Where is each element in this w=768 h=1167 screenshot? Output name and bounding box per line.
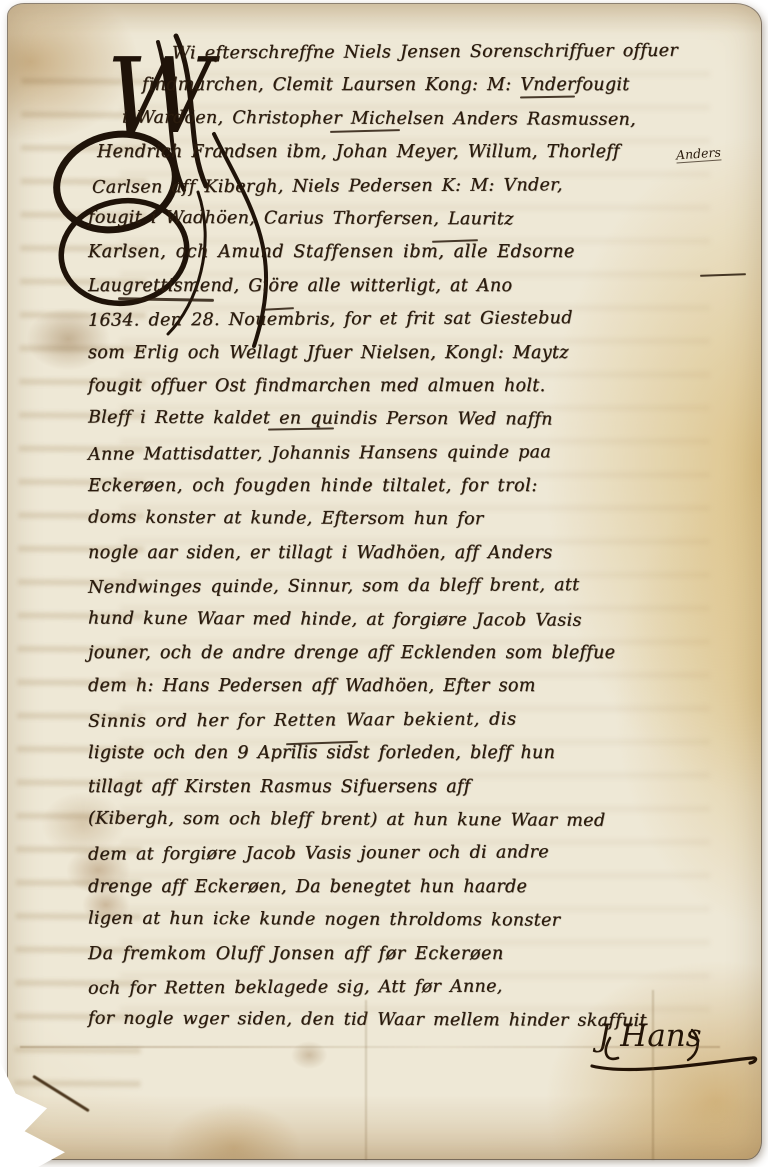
manuscript-line: jouner, och de andre drenge aff Ecklende…: [88, 637, 748, 670]
manuscript-line: Hendrich Frandsen ibm, Johan Meyer, Will…: [97, 136, 748, 169]
document-scan: W Wi efterschreffne Niels Jensen Sorensc…: [0, 0, 768, 1167]
fold-crease-vertical: [652, 990, 654, 1160]
manuscript-line: som Erlig och Wellagt Jfuer Nielsen, Kon…: [88, 337, 748, 370]
manuscript-line: Karlsen, och Amund Staffensen ibm, alle …: [88, 236, 748, 269]
manuscript-line: dem at forgiøre Jacob Vasis jouner och d…: [88, 836, 748, 873]
manuscript-line: hund kune Waar med hinde, at forgiøre Ja…: [88, 602, 748, 638]
manuscript-line: Bleff i Rette kaldet en quindis Person W…: [88, 402, 748, 438]
manuscript-line: Nendwinges quinde, Sinnur, som da bleff …: [88, 569, 748, 606]
manuscript-line: Eckerøen, och fougden hinde tiltalet, fo…: [88, 470, 748, 503]
manuscript-line: fougit offuer Ost findmarchen med almuen…: [88, 370, 748, 403]
superscript-insertion: Anders: [675, 144, 721, 163]
manuscript-line: Da fremkom Oluff Jonsen aff før Eckerøen: [88, 938, 748, 971]
manuscript-line: Carlsen aff Kibergh, Niels Pedersen K: M…: [92, 168, 748, 205]
manuscript-line: doms konster at kunde, Eftersom hun for: [88, 502, 748, 538]
signature-block: J Hans: [552, 1000, 768, 1090]
manuscript-line: Anne Mattisdatter, Johannis Hansens quin…: [88, 435, 748, 472]
manuscript-line: dem h: Hans Pedersen aff Wadhöen, Efter …: [88, 670, 748, 703]
manuscript-line: Wi efterschreffne Niels Jensen Sorenschr…: [172, 34, 748, 70]
manuscript-line: i Wardöen, Christopher Michelsen Anders …: [122, 101, 748, 137]
fold-crease-vertical: [365, 1000, 367, 1160]
manuscript-line: ligiste och den 9 Aprilis sidst forleden…: [88, 737, 748, 770]
manuscript-line: 1634. den 28. Nouembris, for et frit sat…: [88, 301, 748, 338]
manuscript-line: Sinnis ord her for Retten Waar bekient, …: [88, 702, 748, 739]
signature-text: J Hans: [592, 1018, 702, 1054]
manuscript-line: ligen at hun icke kunde nogen throldoms …: [88, 903, 748, 939]
manuscript-text: Wi efterschreffne Niels Jensen Sorenschr…: [88, 36, 748, 1038]
manuscript-line: tillagt aff Kirsten Rasmus Sifuersens af…: [88, 771, 748, 804]
fold-crease-horizontal: [20, 1046, 720, 1048]
manuscript-line: findmarchen, Clemit Laursen Kong: M: Vnd…: [142, 69, 748, 102]
manuscript-line: drenge aff Eckerøen, Da benegtet hun haa…: [88, 871, 748, 904]
manuscript-line: fougit i Wadhöen, Carius Thorfersen, Lau…: [88, 202, 748, 238]
manuscript-line: nogle aar siden, er tillagt i Wadhöen, a…: [88, 537, 748, 570]
manuscript-line: (Kibergh, som och bleff brent) at hun ku…: [88, 803, 748, 839]
